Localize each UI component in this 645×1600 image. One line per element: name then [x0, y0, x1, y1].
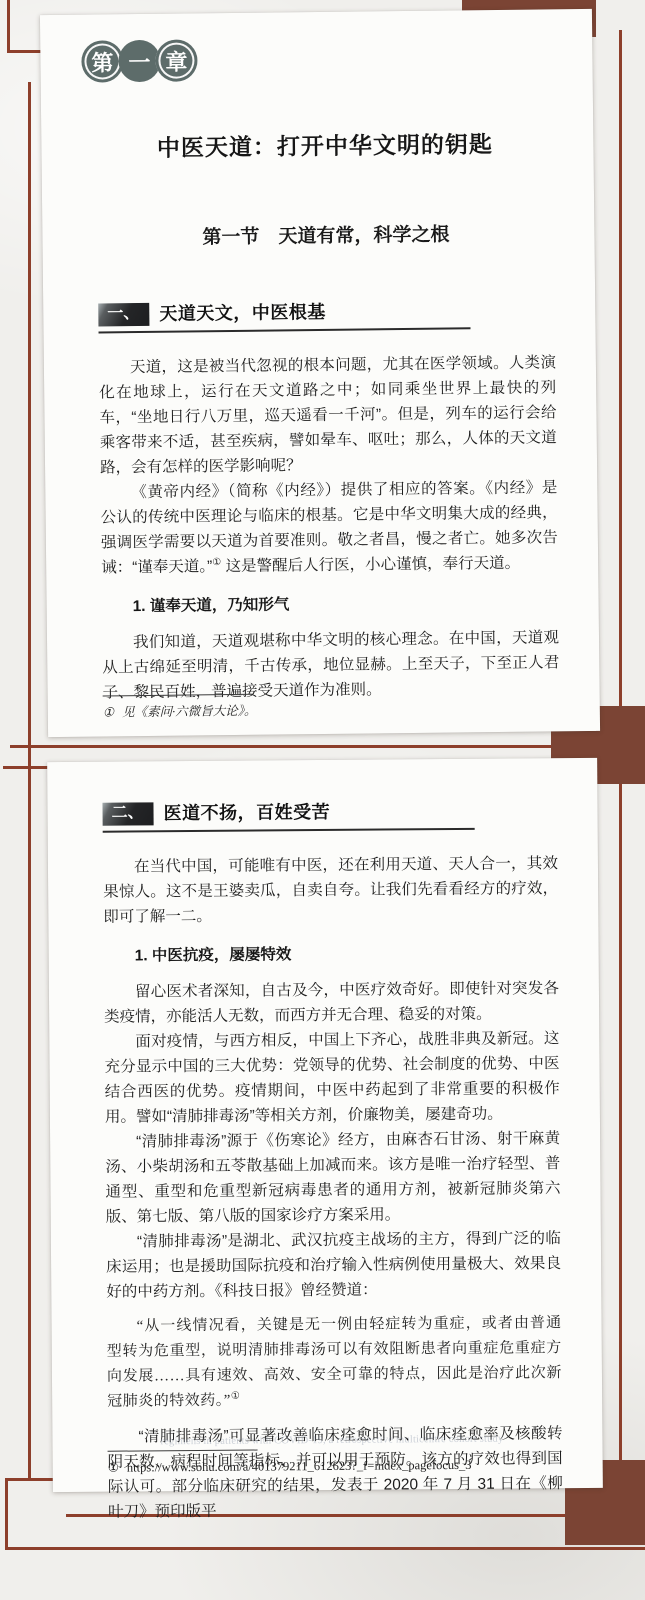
- chapter-badge-circle-3: 章: [155, 39, 197, 81]
- subsection-heading-1: 一、 天道天文，中医根基: [98, 296, 470, 333]
- chapter-title: 中医天道：打开中华文明的钥匙: [96, 125, 553, 163]
- frame-line-left-vertical: [28, 82, 31, 1478]
- subsection-title: 医道不扬，百姓受苦: [163, 798, 330, 825]
- frame-line-gap-horizontal-1: [10, 745, 558, 748]
- footnote-area: ① https://www.sohu.com/a/401379211_61262…: [108, 1447, 563, 1477]
- footnote: ① 见《素问·六微旨大论》。: [103, 699, 560, 723]
- section-heading: 第一节 天道有常，科学之根: [97, 218, 554, 250]
- chapter-badge-circle-1: 第: [81, 40, 123, 82]
- footnote-text: 见《素问·六微旨大论》。: [122, 702, 257, 722]
- book-page-1: 第 一 章 中医天道：打开中华文明的钥匙 第一节 天道有常，科学之根 一、 天道…: [40, 9, 600, 737]
- paragraph: “清肺排毒汤”源于《伤寒论》经方，由麻杏石甘汤、射干麻黄汤、小柴胡汤和五苓散基础…: [105, 1126, 561, 1230]
- subsection-heading-2: 二、 医道不扬，百姓受苦: [102, 797, 474, 833]
- frame-line-bottom-left-vertical: [5, 1478, 8, 1550]
- footnote-url: https://www.sohu.com/a/401379211_612623?…: [127, 1456, 472, 1477]
- paragraph: 面对疫情，与西方相反，中国上下齐心，战胜非典及新冠。这充分显示中国的三大优势：党…: [104, 1026, 560, 1130]
- chapter-badge: 第 一 章: [81, 35, 552, 82]
- footnote-divider: [108, 1450, 258, 1452]
- paragraph: 在当代中国，可能唯有中医，还在利用天道、天人合一，其效果惊人。这不是王婆卖瓜，自…: [103, 851, 559, 930]
- subsection-number-badge: 一、: [98, 303, 149, 327]
- footnote-area: ① 见《素问·六微旨大论》。: [103, 691, 560, 723]
- quote-text: “从一线情况看，关键是无一例由轻症转为重症，或者由普通型转为危重型，说明清肺排毒…: [107, 1315, 562, 1410]
- subsection-title: 天道天文，中医根基: [159, 298, 326, 326]
- paragraph: 留心医术者深知，自古及今，中医疗效奇好。即使针对突发各类疫情，亦能活人无数，而西…: [104, 976, 559, 1030]
- chapter-badge-circle-2: 一: [118, 40, 160, 82]
- subsection-number-badge: 二、: [102, 802, 153, 825]
- block-quote: “从一线情况看，关键是无一例由轻症转为重症，或者由普通型转为危重型，说明清肺排毒…: [106, 1311, 562, 1415]
- book-page-2: 二、 医道不扬，百姓受苦 在当代中国，可能唯有中医，还在利用天道、天人合一，其效…: [47, 758, 603, 1492]
- paragraph-text: 这是警醒后人行医，小心谨慎，奉行天道。: [221, 555, 520, 575]
- numbered-subheading: 1. 谨奉天道，乃知形气: [101, 589, 558, 616]
- footnote-reference-mark: ①: [231, 1391, 241, 1402]
- paragraph: 《黄帝内经》（简称《内经》）提供了相应的答案。《内经》是公认的传统中医理论与临床…: [100, 475, 558, 580]
- footnote: ① https://www.sohu.com/a/401379211_61262…: [108, 1455, 563, 1477]
- numbered-subheading: 1. 中医抗疫，屡屡特效: [104, 940, 559, 966]
- footnote-marker: ①: [103, 704, 114, 723]
- paragraph: “清肺排毒汤”是湖北、武汉抗疫主战场的主方，得到广泛的临床运用；也是援助国际抗疫…: [106, 1226, 562, 1305]
- frame-line-top-left-vertical: [7, 0, 10, 52]
- footnote-reference-mark: ①: [212, 557, 221, 568]
- frame-line-bottom-horizontal-3: [5, 1547, 645, 1550]
- paragraph: 天道，这是被当代忽视的根本问题，尤其在医学领域。人类演化在地球上，运行在天文道路…: [99, 350, 557, 480]
- footnote-marker: ①: [108, 1459, 119, 1478]
